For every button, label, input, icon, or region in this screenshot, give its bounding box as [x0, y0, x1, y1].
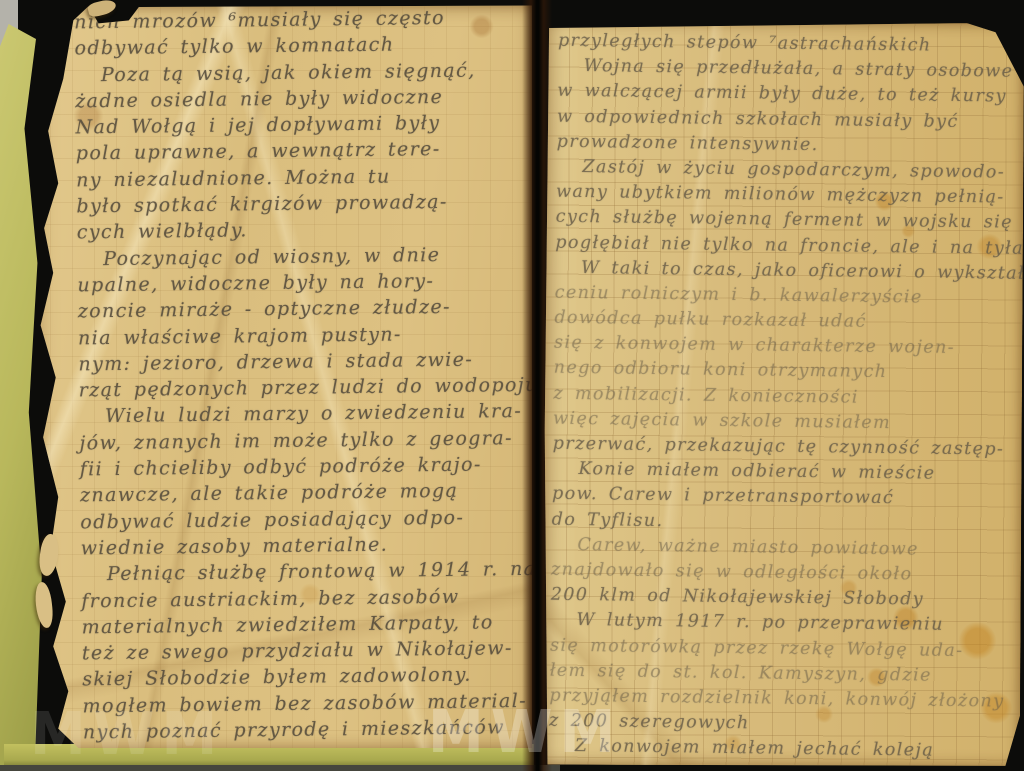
notebook-scan: nich mrozów ⁶musiały się częstoodbywać t…: [0, 0, 1024, 771]
scan-bottom-shadow: [0, 765, 560, 771]
right-page-text: przyległych stepów ⁷astrachańskichWojna …: [542, 21, 1024, 768]
handwritten-line: Poza tą wsią, jak okiem sięgnąć,: [75, 56, 532, 88]
handwritten-line: nych poznać przyrodę i mieszkańców: [83, 714, 532, 746]
handwritten-line: Pełniąc służbę frontową w 1914 r. na: [81, 556, 532, 588]
left-page-text: nich mrozów ⁶musiały się częstoodbywać t…: [28, 4, 532, 751]
handwritten-line: odbywać ludzie posiadający odpo-: [80, 503, 532, 535]
page-left: nich mrozów ⁶musiały się częstoodbywać t…: [28, 4, 532, 751]
torn-edge-fragment: [87, 0, 118, 18]
page-right: przyległych stepów ⁷astrachańskichWojna …: [542, 21, 1024, 768]
handwritten-line: Z konwojem miałem jechać koleją: [549, 734, 1015, 765]
